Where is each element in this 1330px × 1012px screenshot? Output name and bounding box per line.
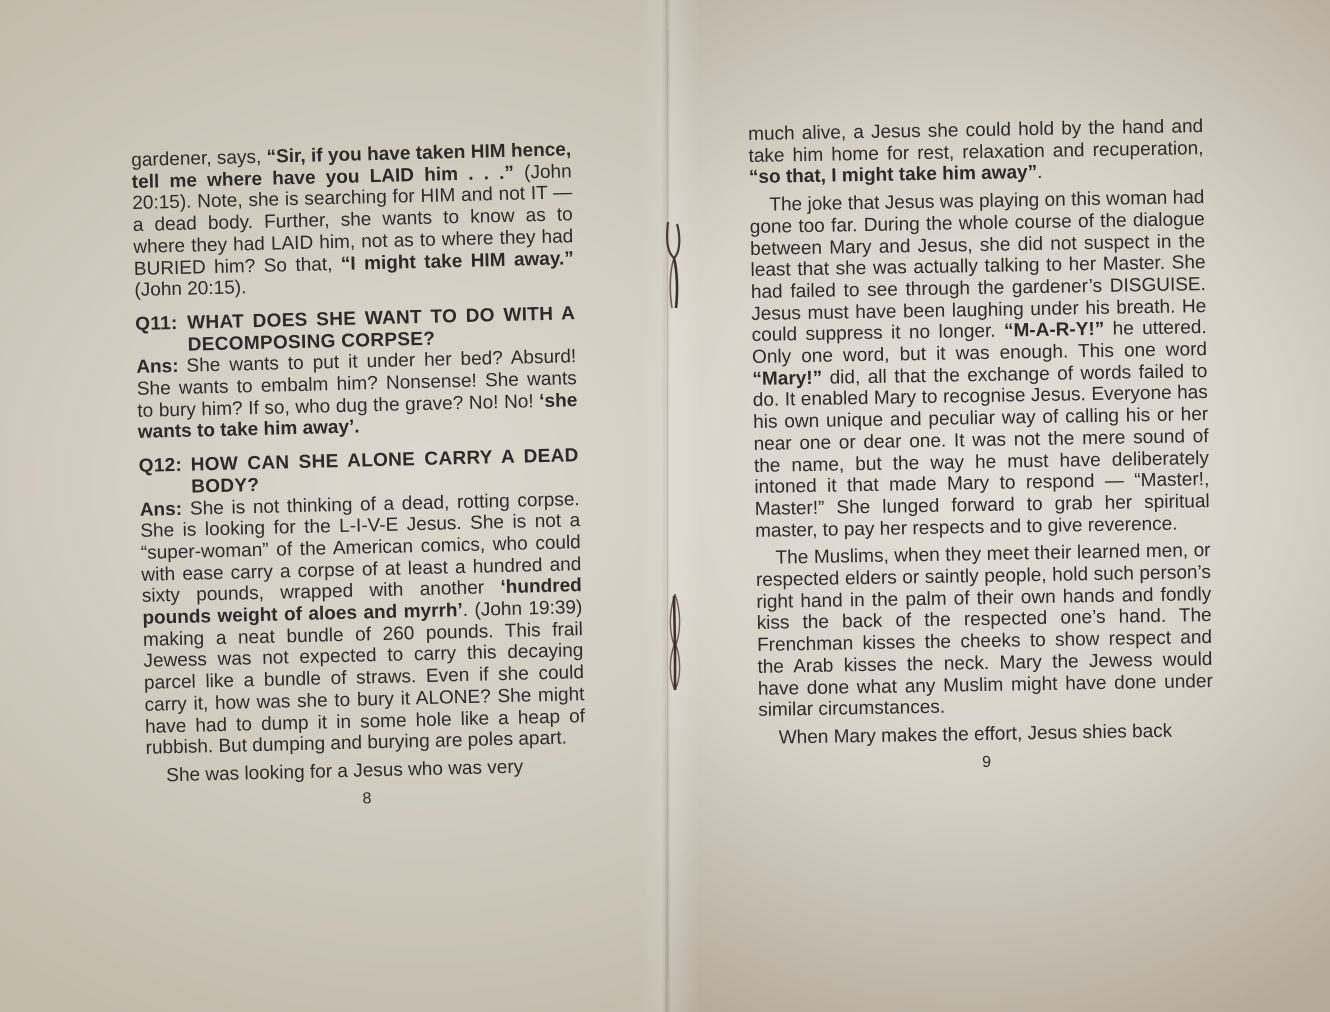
- paragraph-gardener: gardener, says, “Sir, if you have taken …: [131, 139, 575, 302]
- text-segment-bold: “so that, I might take him away”: [749, 162, 1038, 188]
- page-8: gardener, says, “Sir, if you have taken …: [131, 139, 587, 815]
- staple-top-icon: [663, 220, 683, 315]
- booklet-spine: [640, 0, 700, 1012]
- answer-q11: Ans:She wants to put it under her bed? A…: [136, 347, 578, 445]
- text-segment-bold: “Mary!”: [752, 367, 822, 389]
- text-segment-bold: “M-A-R-Y!”: [1004, 319, 1105, 342]
- question-number: Q11:: [135, 313, 188, 358]
- paragraph-closing: When Mary makes the effort, Jesus shies …: [759, 720, 1214, 750]
- answer-label: Ans:: [140, 498, 183, 520]
- paragraph-closing: She was looking for a Jesus who was very: [146, 755, 586, 787]
- paragraph-joke: The joke that Jesus was playing on this …: [749, 187, 1210, 542]
- text-segment: She wants to put it under her bed? Absur…: [137, 347, 577, 422]
- page-number: 8: [147, 783, 587, 815]
- answer-q12: Ans:She is not thinking of a dead, rotti…: [140, 489, 586, 760]
- text-segment: (John 20:15).: [134, 277, 246, 301]
- text-segment-bold: “I might take HIM away.”: [341, 248, 574, 275]
- text-segment: .: [1037, 162, 1043, 183]
- text-segment: gardener, says,: [131, 147, 267, 171]
- spine-fold: [667, 30, 668, 980]
- answer-label: Ans:: [136, 356, 179, 378]
- paragraph-much-alive: much alive, a Jesus she could hold by th…: [748, 116, 1204, 189]
- page-9: much alive, a Jesus she could hold by th…: [748, 116, 1214, 777]
- paragraph-muslims: The Muslims, when they meet their learne…: [755, 540, 1213, 722]
- question-number: Q12:: [138, 455, 191, 500]
- text-segment: much alive, a Jesus she could hold by th…: [748, 116, 1204, 167]
- staple-bottom-icon: [665, 590, 685, 695]
